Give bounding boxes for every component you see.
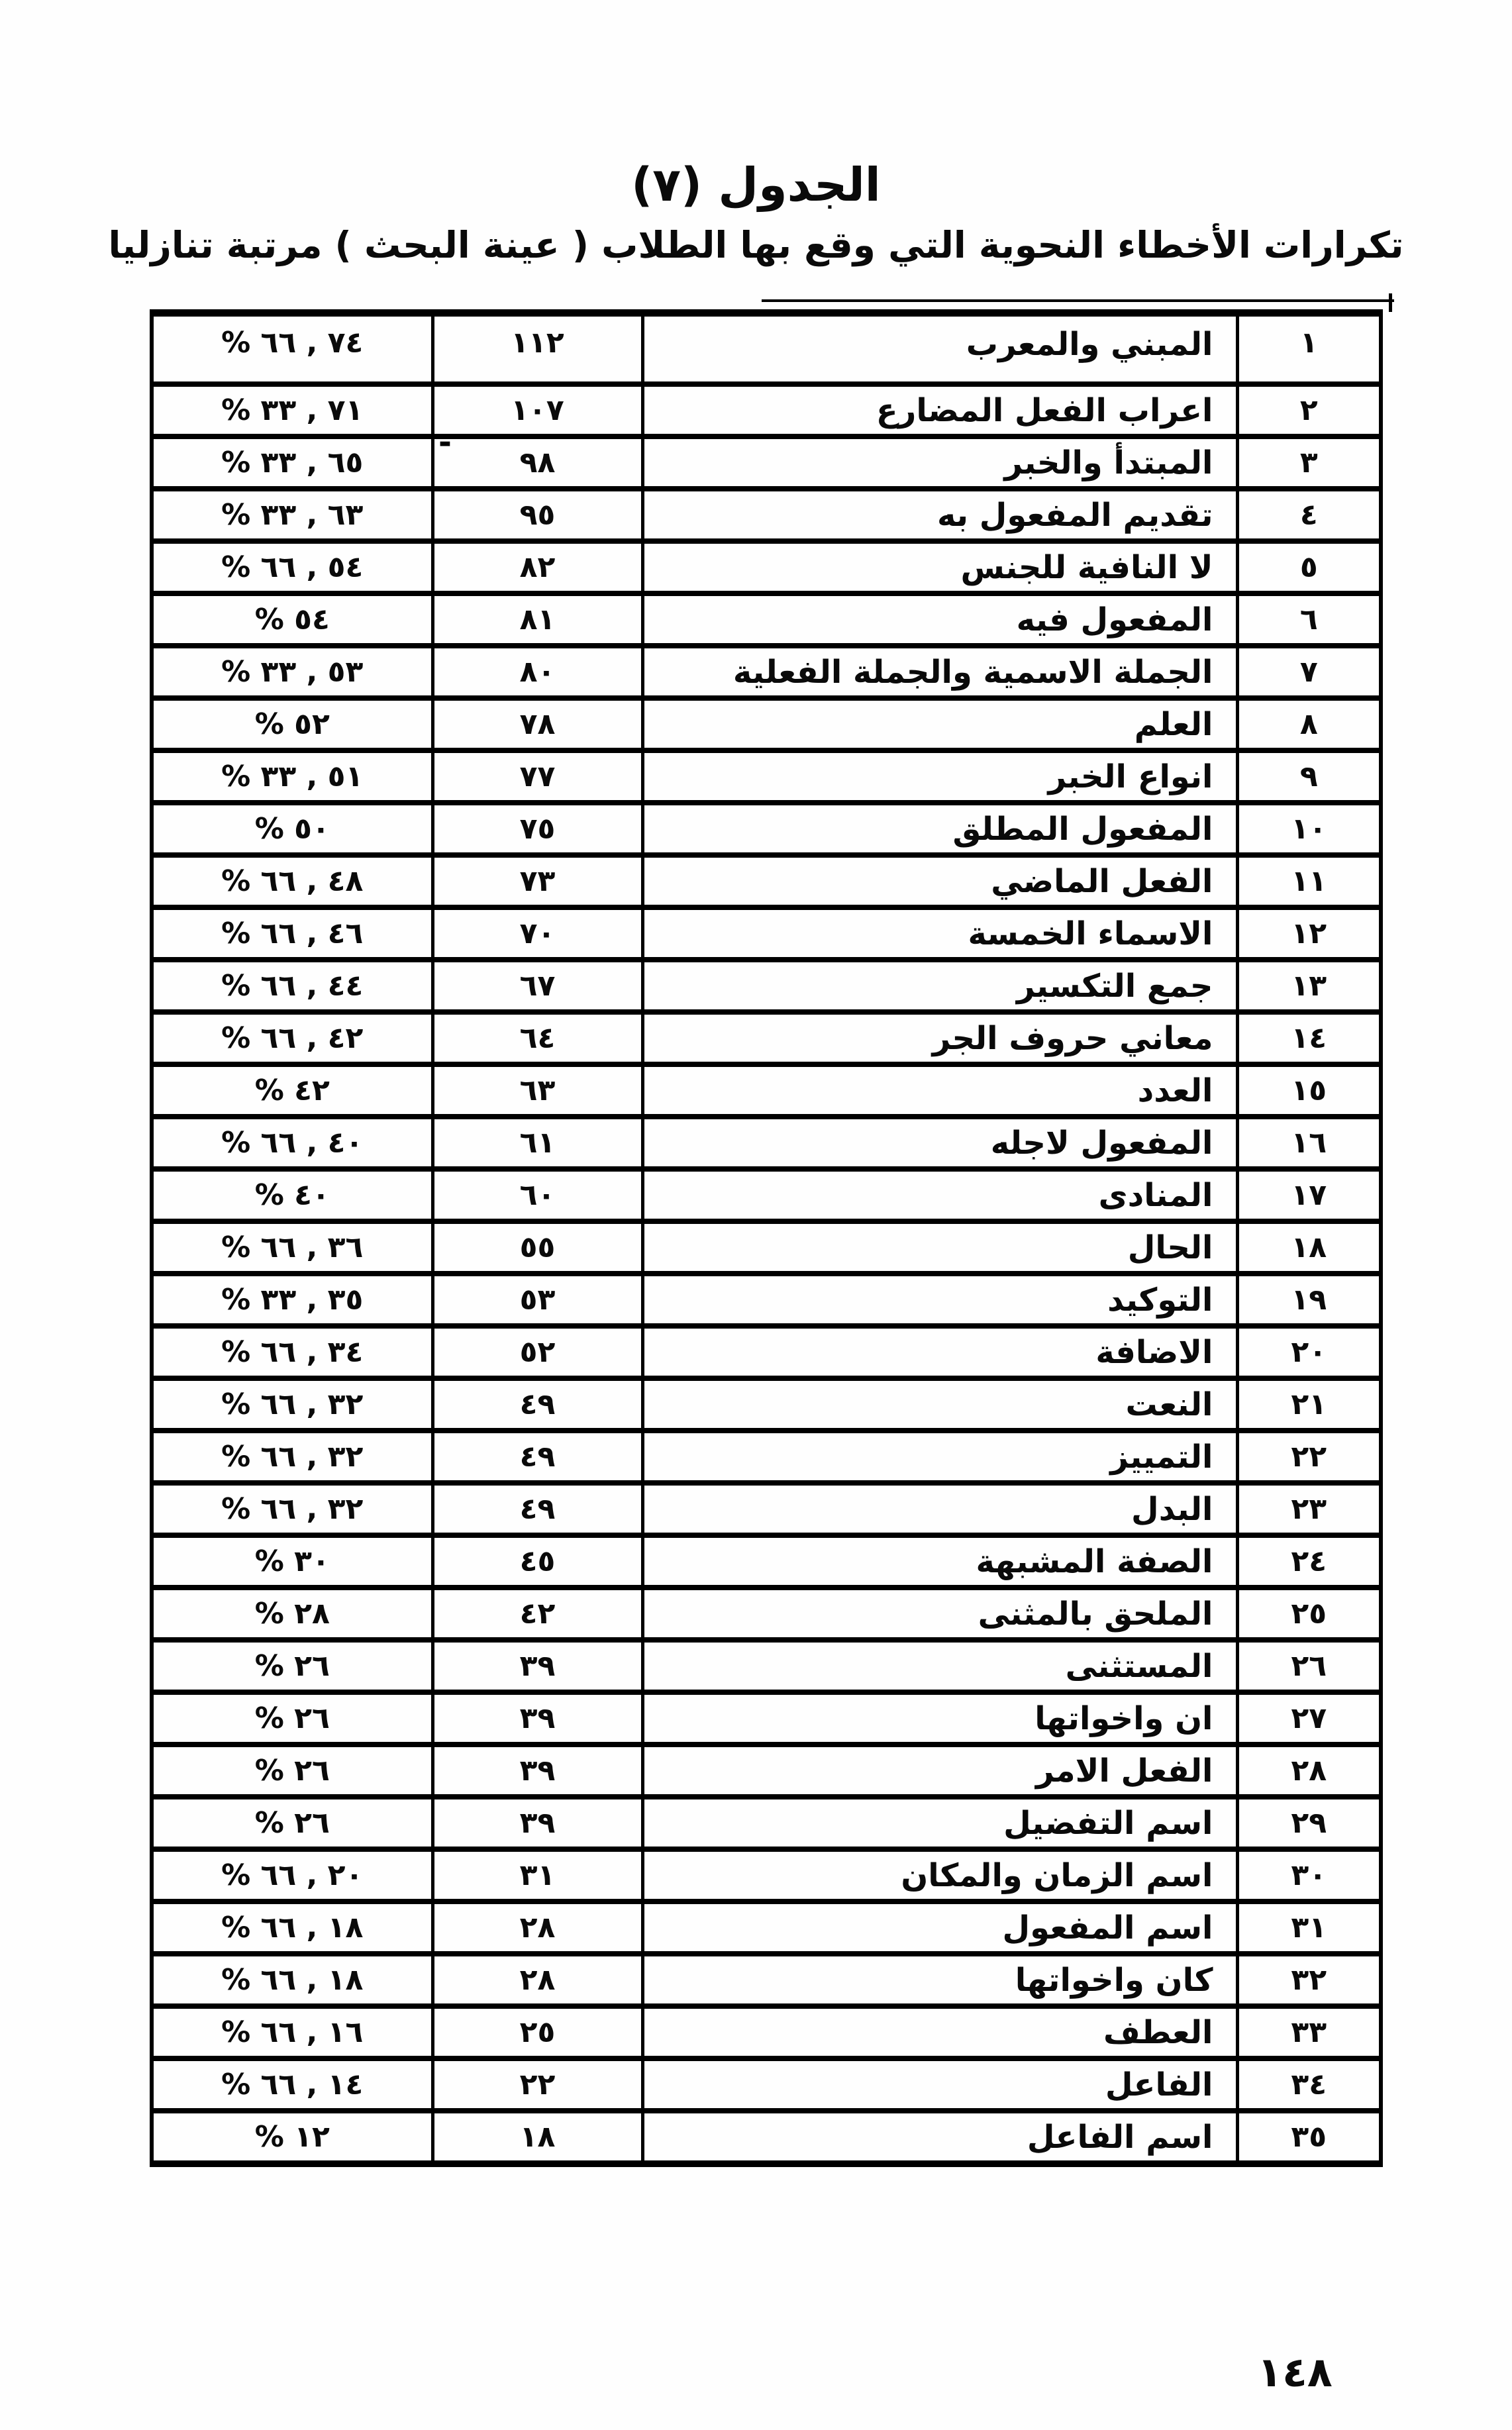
error-name-cell: النعت — [642, 1378, 1237, 1431]
row-number-cell: ١١ — [1237, 855, 1381, 907]
error-name-cell: المبني والمعرب — [642, 313, 1237, 385]
count-cell: ٤٩ — [432, 1431, 642, 1483]
row-number-cell: ٢٢ — [1237, 1431, 1381, 1483]
table-row: % ٤٢٦٣العدد١٥ — [152, 1064, 1381, 1117]
count-cell: ١١٢ — [432, 313, 642, 385]
error-name-cell: المفعول لاجله — [642, 1117, 1237, 1169]
table-row: % ٣٠٤٥الصفة المشبهة٢٤ — [152, 1535, 1381, 1588]
percent-cell: % ٣٢ , ٦٦ — [152, 1378, 432, 1431]
row-number-cell: ٢٦ — [1237, 1640, 1381, 1692]
row-number-cell: ١٨ — [1237, 1221, 1381, 1274]
count-cell: ٧٨ — [432, 698, 642, 750]
error-name-cell: الفاعل — [642, 2058, 1237, 2111]
error-name-cell: جمع التكسير — [642, 960, 1237, 1012]
percent-cell: % ٥٢ — [152, 698, 432, 750]
count-cell: ٥٣ — [432, 1274, 642, 1326]
row-number-cell: ١٧ — [1237, 1169, 1381, 1221]
error-name-cell: ان واخواتها — [642, 1692, 1237, 1745]
table-row: % ٥٣ , ٣٣٨٠الجملة الاسمية والجملة الفعلي… — [152, 646, 1381, 698]
count-cell: ٧٧ — [432, 750, 642, 803]
error-name-cell: لا النافية للجنس — [642, 541, 1237, 593]
percent-cell: % ٣٤ , ٦٦ — [152, 1326, 432, 1378]
percent-cell: % ٧٤ , ٦٦ — [152, 313, 432, 385]
percent-cell: % ٢٦ — [152, 1692, 432, 1745]
row-number-cell: ٣٥ — [1237, 2111, 1381, 2164]
percent-cell: % ٣٦ , ٦٦ — [152, 1221, 432, 1274]
error-name-cell: معاني حروف الجر — [642, 1012, 1237, 1064]
table-row: % ٣٢ , ٦٦٤٩النعت٢١ — [152, 1378, 1381, 1431]
row-number-cell: ١٥ — [1237, 1064, 1381, 1117]
percent-cell: % ٥١ , ٣٣ — [152, 750, 432, 803]
row-number-cell: ١٤ — [1237, 1012, 1381, 1064]
table-row: % ٤٢ , ٦٦٦٤معاني حروف الجر١٤ — [152, 1012, 1381, 1064]
error-name-cell: المفعول فيه — [642, 593, 1237, 646]
row-number-cell: ١٢ — [1237, 907, 1381, 960]
percent-cell: % ٤٤ , ٦٦ — [152, 960, 432, 1012]
table-row: % ٢٠ , ٦٦٣١اسم الزمان والمكان٣٠ — [152, 1849, 1381, 1901]
percent-cell: % ١٢ — [152, 2111, 432, 2164]
table-row: % ٦٣ , ٣٣٩٥تقديم المفعول به٤ — [152, 489, 1381, 541]
error-name-cell: الفعل الماضي — [642, 855, 1237, 907]
row-number-cell: ٣١ — [1237, 1901, 1381, 1954]
count-cell: ٣٩ — [432, 1692, 642, 1745]
table-row: % ١٨ , ٦٦٢٨اسم المفعول٣١ — [152, 1901, 1381, 1954]
percent-cell: % ٣٢ , ٦٦ — [152, 1483, 432, 1535]
row-number-cell: ١٦ — [1237, 1117, 1381, 1169]
count-cell: ٤٥ — [432, 1535, 642, 1588]
table-row: % ٢٦٣٩اسم التفضيل٢٩ — [152, 1797, 1381, 1849]
error-name-cell: العلم — [642, 698, 1237, 750]
error-name-cell: المبتدأ والخبر — [642, 436, 1237, 489]
percent-cell: % ٥٤ , ٦٦ — [152, 541, 432, 593]
count-cell: ٨٢ — [432, 541, 642, 593]
row-number-cell: ٧ — [1237, 646, 1381, 698]
count-cell: ٦٣ — [432, 1064, 642, 1117]
error-name-cell: الجملة الاسمية والجملة الفعلية — [642, 646, 1237, 698]
count-cell: ١٨ — [432, 2111, 642, 2164]
table-row: % ٥٤٨١المفعول فيه٦ — [152, 593, 1381, 646]
count-cell: ٣٩ — [432, 1640, 642, 1692]
error-name-cell: المفعول المطلق — [642, 803, 1237, 855]
count-cell: ٦٠ — [432, 1169, 642, 1221]
error-name-cell: الاسماء الخمسة — [642, 907, 1237, 960]
table-row: % ١٤ , ٦٦٢٢الفاعل٣٤ — [152, 2058, 1381, 2111]
table-row: % ٧٤ , ٦٦١١٢المبني والمعرب١ — [152, 313, 1381, 385]
error-name-cell: كان واخواتها — [642, 1954, 1237, 2006]
error-name-cell: التمييز — [642, 1431, 1237, 1483]
row-number-cell: ٩ — [1237, 750, 1381, 803]
table-row: % ١٢١٨اسم الفاعل٣٥ — [152, 2111, 1381, 2164]
table-row: % ٧١ , ٣٣١٠٧اعراب الفعل المضارع٢ — [152, 384, 1381, 436]
percent-cell: % ١٨ , ٦٦ — [152, 1901, 432, 1954]
error-name-cell: اسم التفضيل — [642, 1797, 1237, 1849]
percent-cell: % ٤٦ , ٦٦ — [152, 907, 432, 960]
row-number-cell: ٣٠ — [1237, 1849, 1381, 1901]
percent-cell: % ٧١ , ٣٣ — [152, 384, 432, 436]
percent-cell: % ٢٦ — [152, 1797, 432, 1849]
table-row: % ١٦ , ٦٦٢٥العطف٣٣ — [152, 2006, 1381, 2058]
count-cell: ٥٥ — [432, 1221, 642, 1274]
percent-cell: % ١٨ , ٦٦ — [152, 1954, 432, 2006]
percent-cell: % ٤٨ , ٦٦ — [152, 855, 432, 907]
percent-cell: % ٥٤ — [152, 593, 432, 646]
percent-cell: % ٣٠ — [152, 1535, 432, 1588]
percent-cell: % ١٤ , ٦٦ — [152, 2058, 432, 2111]
count-cell: ٣٩ — [432, 1745, 642, 1797]
count-cell: ٦٧ — [432, 960, 642, 1012]
row-number-cell: ٤ — [1237, 489, 1381, 541]
count-cell: ٧٥ — [432, 803, 642, 855]
page-number: ١٤٨ — [1219, 2348, 1371, 2396]
percent-cell: % ٣٥ , ٣٣ — [152, 1274, 432, 1326]
count-cell: ٥٢ — [432, 1326, 642, 1378]
count-cell: ٨١ — [432, 593, 642, 646]
error-table-body: % ٧٤ , ٦٦١١٢المبني والمعرب١% ٧١ , ٣٣١٠٧ا… — [152, 313, 1381, 2164]
row-number-cell: ٢١ — [1237, 1378, 1381, 1431]
scan-artifact-stray-dash: - — [438, 423, 478, 462]
error-name-cell: الصفة المشبهة — [642, 1535, 1237, 1588]
count-cell: ٨٠ — [432, 646, 642, 698]
row-number-cell: ٣ — [1237, 436, 1381, 489]
error-name-cell: البدل — [642, 1483, 1237, 1535]
table-row: % ٢٦٣٩الفعل الامر٢٨ — [152, 1745, 1381, 1797]
row-number-cell: ٢ — [1237, 384, 1381, 436]
table-row: % ٥٤ , ٦٦٨٢لا النافية للجنس٥ — [152, 541, 1381, 593]
percent-cell: % ٢٦ — [152, 1745, 432, 1797]
error-name-cell: الحال — [642, 1221, 1237, 1274]
count-cell: ٤٩ — [432, 1378, 642, 1431]
count-cell: ٦٤ — [432, 1012, 642, 1064]
percent-cell: % ٤٢ , ٦٦ — [152, 1012, 432, 1064]
table-row: % ٤٨ , ٦٦٧٣الفعل الماضي١١ — [152, 855, 1381, 907]
percent-cell: % ٦٣ , ٣٣ — [152, 489, 432, 541]
row-number-cell: ٣٤ — [1237, 2058, 1381, 2111]
table-caption-number: الجدول (٧) — [0, 158, 1512, 212]
percent-cell: % ٢٨ — [152, 1588, 432, 1640]
row-number-cell: ٣٣ — [1237, 2006, 1381, 2058]
error-name-cell: اسم الزمان والمكان — [642, 1849, 1237, 1901]
scan-artifact-double-top-border — [762, 299, 1394, 302]
percent-cell: % ٥٠ — [152, 803, 432, 855]
table-row: % ٢٦٣٩ان واخواتها٢٧ — [152, 1692, 1381, 1745]
row-number-cell: ٥ — [1237, 541, 1381, 593]
error-name-cell: اسم الفاعل — [642, 2111, 1237, 2164]
count-cell: ٢٢ — [432, 2058, 642, 2111]
row-number-cell: ٢٩ — [1237, 1797, 1381, 1849]
table-row: % ٣٢ , ٦٦٤٩البدل٢٣ — [152, 1483, 1381, 1535]
row-number-cell: ٨ — [1237, 698, 1381, 750]
table-row: % ٣٢ , ٦٦٤٩التمييز٢٢ — [152, 1431, 1381, 1483]
row-number-cell: ٢٨ — [1237, 1745, 1381, 1797]
row-number-cell: ١٩ — [1237, 1274, 1381, 1326]
count-cell: ٢٥ — [432, 2006, 642, 2058]
error-name-cell: اسم المفعول — [642, 1901, 1237, 1954]
table-row: % ٤٦ , ٦٦٧٠الاسماء الخمسة١٢ — [152, 907, 1381, 960]
error-name-cell: المنادى — [642, 1169, 1237, 1221]
error-name-cell: العدد — [642, 1064, 1237, 1117]
error-name-cell: الاضافة — [642, 1326, 1237, 1378]
error-name-cell: اعراب الفعل المضارع — [642, 384, 1237, 436]
row-number-cell: ٣٢ — [1237, 1954, 1381, 2006]
row-number-cell: ٢٠ — [1237, 1326, 1381, 1378]
count-cell: ٢٨ — [432, 1954, 642, 2006]
row-number-cell: ١ — [1237, 313, 1381, 385]
table-row: % ١٨ , ٦٦٢٨كان واخواتها٣٢ — [152, 1954, 1381, 2006]
percent-cell: % ٦٥ , ٣٣ — [152, 436, 432, 489]
count-cell: ٩٥ — [432, 489, 642, 541]
row-number-cell: ١٠ — [1237, 803, 1381, 855]
row-number-cell: ٢٤ — [1237, 1535, 1381, 1588]
table-row: % ٤٤ , ٦٦٦٧جمع التكسير١٣ — [152, 960, 1381, 1012]
count-cell: ٤٢ — [432, 1588, 642, 1640]
count-cell: ٢٨ — [432, 1901, 642, 1954]
error-name-cell: الملحق بالمثنى — [642, 1588, 1237, 1640]
percent-cell: % ٣٢ , ٦٦ — [152, 1431, 432, 1483]
scanned-page: الجدول (٧) تكرارات الأخطاء النحوية التي … — [0, 0, 1512, 2430]
error-name-cell: التوكيد — [642, 1274, 1237, 1326]
error-name-cell: تقديم المفعول به — [642, 489, 1237, 541]
percent-cell: % ٢٦ — [152, 1640, 432, 1692]
table-row: % ٥٠٧٥المفعول المطلق١٠ — [152, 803, 1381, 855]
count-cell: ٣٩ — [432, 1797, 642, 1849]
table-row: % ٤٠ , ٦٦٦١المفعول لاجله١٦ — [152, 1117, 1381, 1169]
percent-cell: % ١٦ , ٦٦ — [152, 2006, 432, 2058]
count-cell: ٧٣ — [432, 855, 642, 907]
percent-cell: % ٥٣ , ٣٣ — [152, 646, 432, 698]
table-row: % ٣٥ , ٣٣٥٣التوكيد١٩ — [152, 1274, 1381, 1326]
row-number-cell: ٢٥ — [1237, 1588, 1381, 1640]
percent-cell: % ٢٠ , ٦٦ — [152, 1849, 432, 1901]
row-number-cell: ١٣ — [1237, 960, 1381, 1012]
table-row: % ٤٠٦٠المنادى١٧ — [152, 1169, 1381, 1221]
table-row: % ٦٥ , ٣٣٩٨المبتدأ والخبر٣ — [152, 436, 1381, 489]
percent-cell: % ٤٠ , ٦٦ — [152, 1117, 432, 1169]
row-number-cell: ٢٧ — [1237, 1692, 1381, 1745]
scan-artifact-corner-stub — [1389, 293, 1392, 312]
table-row: % ٥٢٧٨العلم٨ — [152, 698, 1381, 750]
table-row: % ٥١ , ٣٣٧٧انواع الخبر٩ — [152, 750, 1381, 803]
row-number-cell: ٦ — [1237, 593, 1381, 646]
table-row: % ٢٦٣٩المستثنى٢٦ — [152, 1640, 1381, 1692]
error-frequency-table: % ٧٤ , ٦٦١١٢المبني والمعرب١% ٧١ , ٣٣١٠٧ا… — [150, 309, 1383, 2167]
count-cell: ٧٠ — [432, 907, 642, 960]
row-number-cell: ٢٣ — [1237, 1483, 1381, 1535]
table-row: % ٣٦ , ٦٦٥٥الحال١٨ — [152, 1221, 1381, 1274]
table-row: % ٣٤ , ٦٦٥٢الاضافة٢٠ — [152, 1326, 1381, 1378]
table-row: % ٢٨٤٢الملحق بالمثنى٢٥ — [152, 1588, 1381, 1640]
table-caption-text: تكرارات الأخطاء النحوية التي وقع بها الط… — [0, 224, 1512, 266]
count-cell: ٦١ — [432, 1117, 642, 1169]
error-name-cell: الفعل الامر — [642, 1745, 1237, 1797]
error-name-cell: المستثنى — [642, 1640, 1237, 1692]
error-name-cell: انواع الخبر — [642, 750, 1237, 803]
error-name-cell: العطف — [642, 2006, 1237, 2058]
count-cell: ٤٩ — [432, 1483, 642, 1535]
percent-cell: % ٤٢ — [152, 1064, 432, 1117]
count-cell: ٣١ — [432, 1849, 642, 1901]
percent-cell: % ٤٠ — [152, 1169, 432, 1221]
